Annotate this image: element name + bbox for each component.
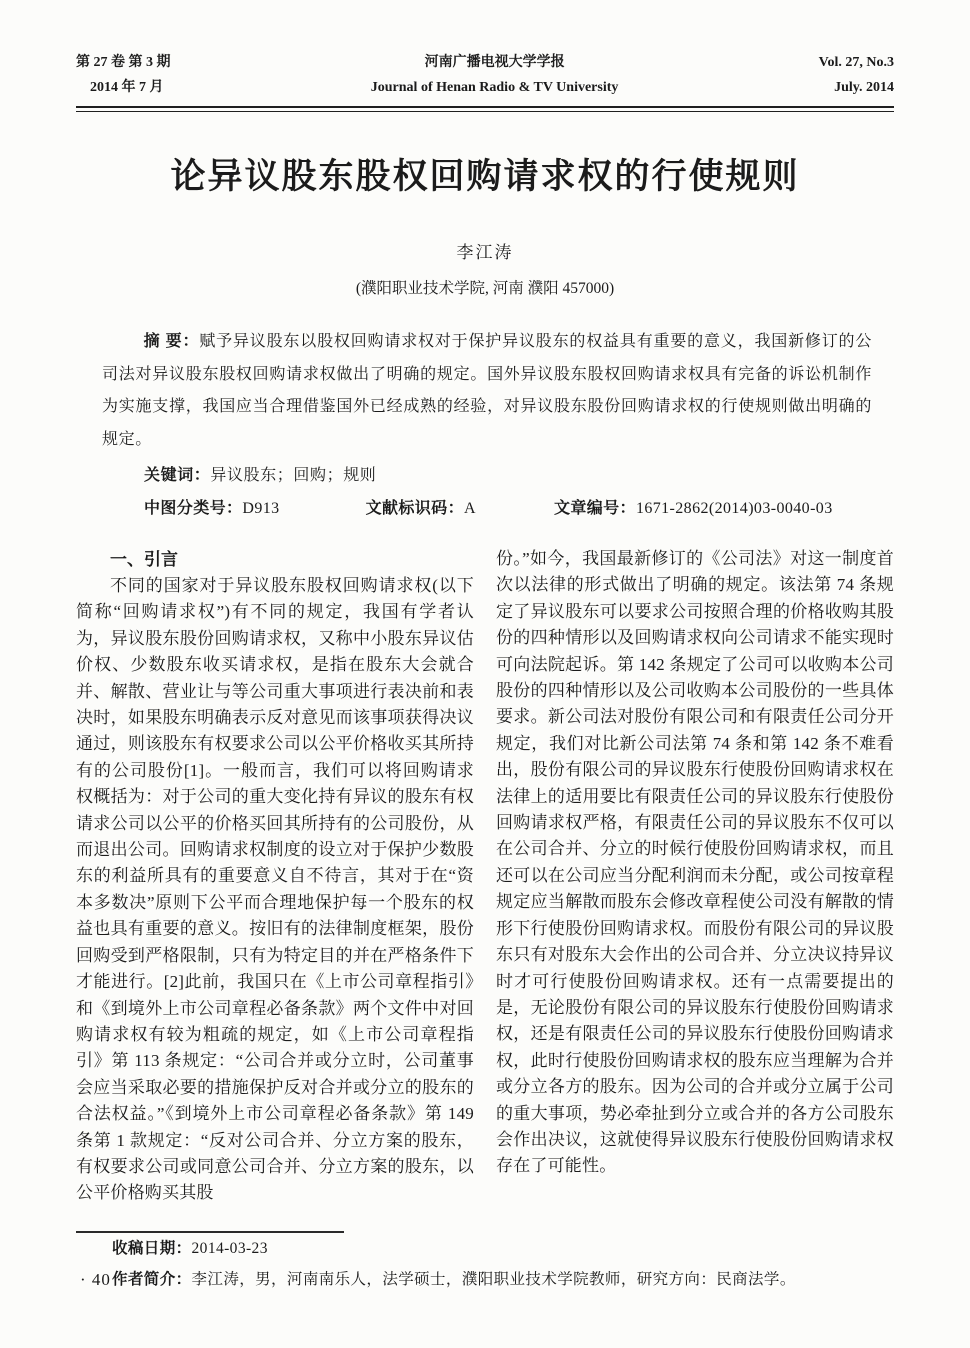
keywords-line: 关键词：异议股东；回购；规则 (144, 461, 894, 491)
author-bio-label: 作者简介： (112, 1271, 192, 1288)
body-paragraph-right: 份。”如今，我国最新修订的《公司法》对这一制度首次以法律的形式做出了明确的规定。… (496, 546, 894, 1180)
clc-item: 中图分类号：D913 (144, 494, 280, 524)
keywords-label: 关键词： (144, 467, 210, 484)
volume-issue-en: Vol. 27, No.3 (819, 50, 894, 75)
article-title: 论异议股东股权回购请求权的行使规则 (76, 156, 894, 198)
author-affiliation: (濮阳职业技术学院, 河南 濮阳 457000) (76, 276, 894, 298)
doc-code-value: A (464, 500, 476, 517)
date-cn: 2014 年 7 月 (76, 75, 171, 100)
article-id-label: 文章编号： (554, 500, 636, 517)
clc-label: 中图分类号： (144, 500, 242, 517)
volume-issue-cn: 第 27 卷 第 3 期 (76, 50, 171, 75)
author-bio-value: 李江涛，男，河南南乐人，法学硕士，濮阳职业技术学院教师，研究方向：民商法学。 (192, 1271, 796, 1288)
footnote-block: 收稿日期：2014-03-23 作者简介：李江涛，男，河南南乐人，法学硕士，濮阳… (76, 1231, 894, 1295)
date-en: July. 2014 (819, 75, 894, 100)
received-date-label: 收稿日期： (112, 1240, 192, 1257)
right-column: 份。”如今，我国最新修订的《公司法》对这一制度首次以法律的形式做出了明确的规定。… (496, 546, 894, 1207)
left-column: 一、引言 不同的国家对于异议股东股权回购请求权(以下简称“回购请求权”)有不同的… (76, 546, 474, 1207)
header-center: 河南广播电视大学学报 Journal of Henan Radio & TV U… (371, 50, 619, 100)
classification-row: 中图分类号：D913 文献标识码：A 文章编号：1671-2862(2014)0… (144, 494, 894, 524)
abstract-label: 摘 要： (144, 333, 200, 350)
article-id-item: 文章编号：1671-2862(2014)03-0040-03 (554, 494, 833, 524)
header-left: 第 27 卷 第 3 期 2014 年 7 月 (76, 50, 171, 100)
received-date-value: 2014-03-23 (192, 1240, 268, 1257)
author-name: 李江涛 (76, 238, 894, 263)
header-divider (76, 106, 894, 112)
section-heading-introduction: 一、引言 (76, 546, 474, 573)
clc-value: D913 (242, 500, 279, 517)
journal-name-cn: 河南广播电视大学学报 (371, 50, 619, 75)
abstract-text: 赋予异议股东以股权回购请求权对于保护异议股东的权益具有重要的意义，我国新修订的公… (102, 333, 872, 448)
paper-page: 第 27 卷 第 3 期 2014 年 7 月 河南广播电视大学学报 Journ… (0, 0, 970, 1348)
author-bio-line: 作者简介：李江涛，男，河南南乐人，法学硕士，濮阳职业技术学院教师，研究方向：民商… (112, 1264, 894, 1295)
keywords-text: 异议股东；回购；规则 (210, 467, 376, 484)
article-id-value: 1671-2862(2014)03-0040-03 (636, 500, 833, 517)
body-paragraph-left: 不同的国家对于异议股东股权回购请求权(以下简称“回购请求权”)有不同的规定，我国… (76, 573, 474, 1207)
doc-code-label: 文献标识码： (366, 500, 464, 517)
page-number: · 40 · (80, 1270, 123, 1290)
received-date-line: 收稿日期：2014-03-23 (112, 1233, 894, 1264)
header-right: Vol. 27, No.3 July. 2014 (819, 50, 894, 100)
article-body: 一、引言 不同的国家对于异议股东股权回购请求权(以下简称“回购请求权”)有不同的… (76, 546, 894, 1207)
abstract-block: 摘 要：赋予异议股东以股权回购请求权对于保护异议股东的权益具有重要的意义，我国新… (102, 326, 872, 456)
doc-code-item: 文献标识码：A (366, 494, 476, 524)
journal-name-en: Journal of Henan Radio & TV University (371, 75, 619, 100)
journal-header: 第 27 卷 第 3 期 2014 年 7 月 河南广播电视大学学报 Journ… (76, 0, 894, 100)
